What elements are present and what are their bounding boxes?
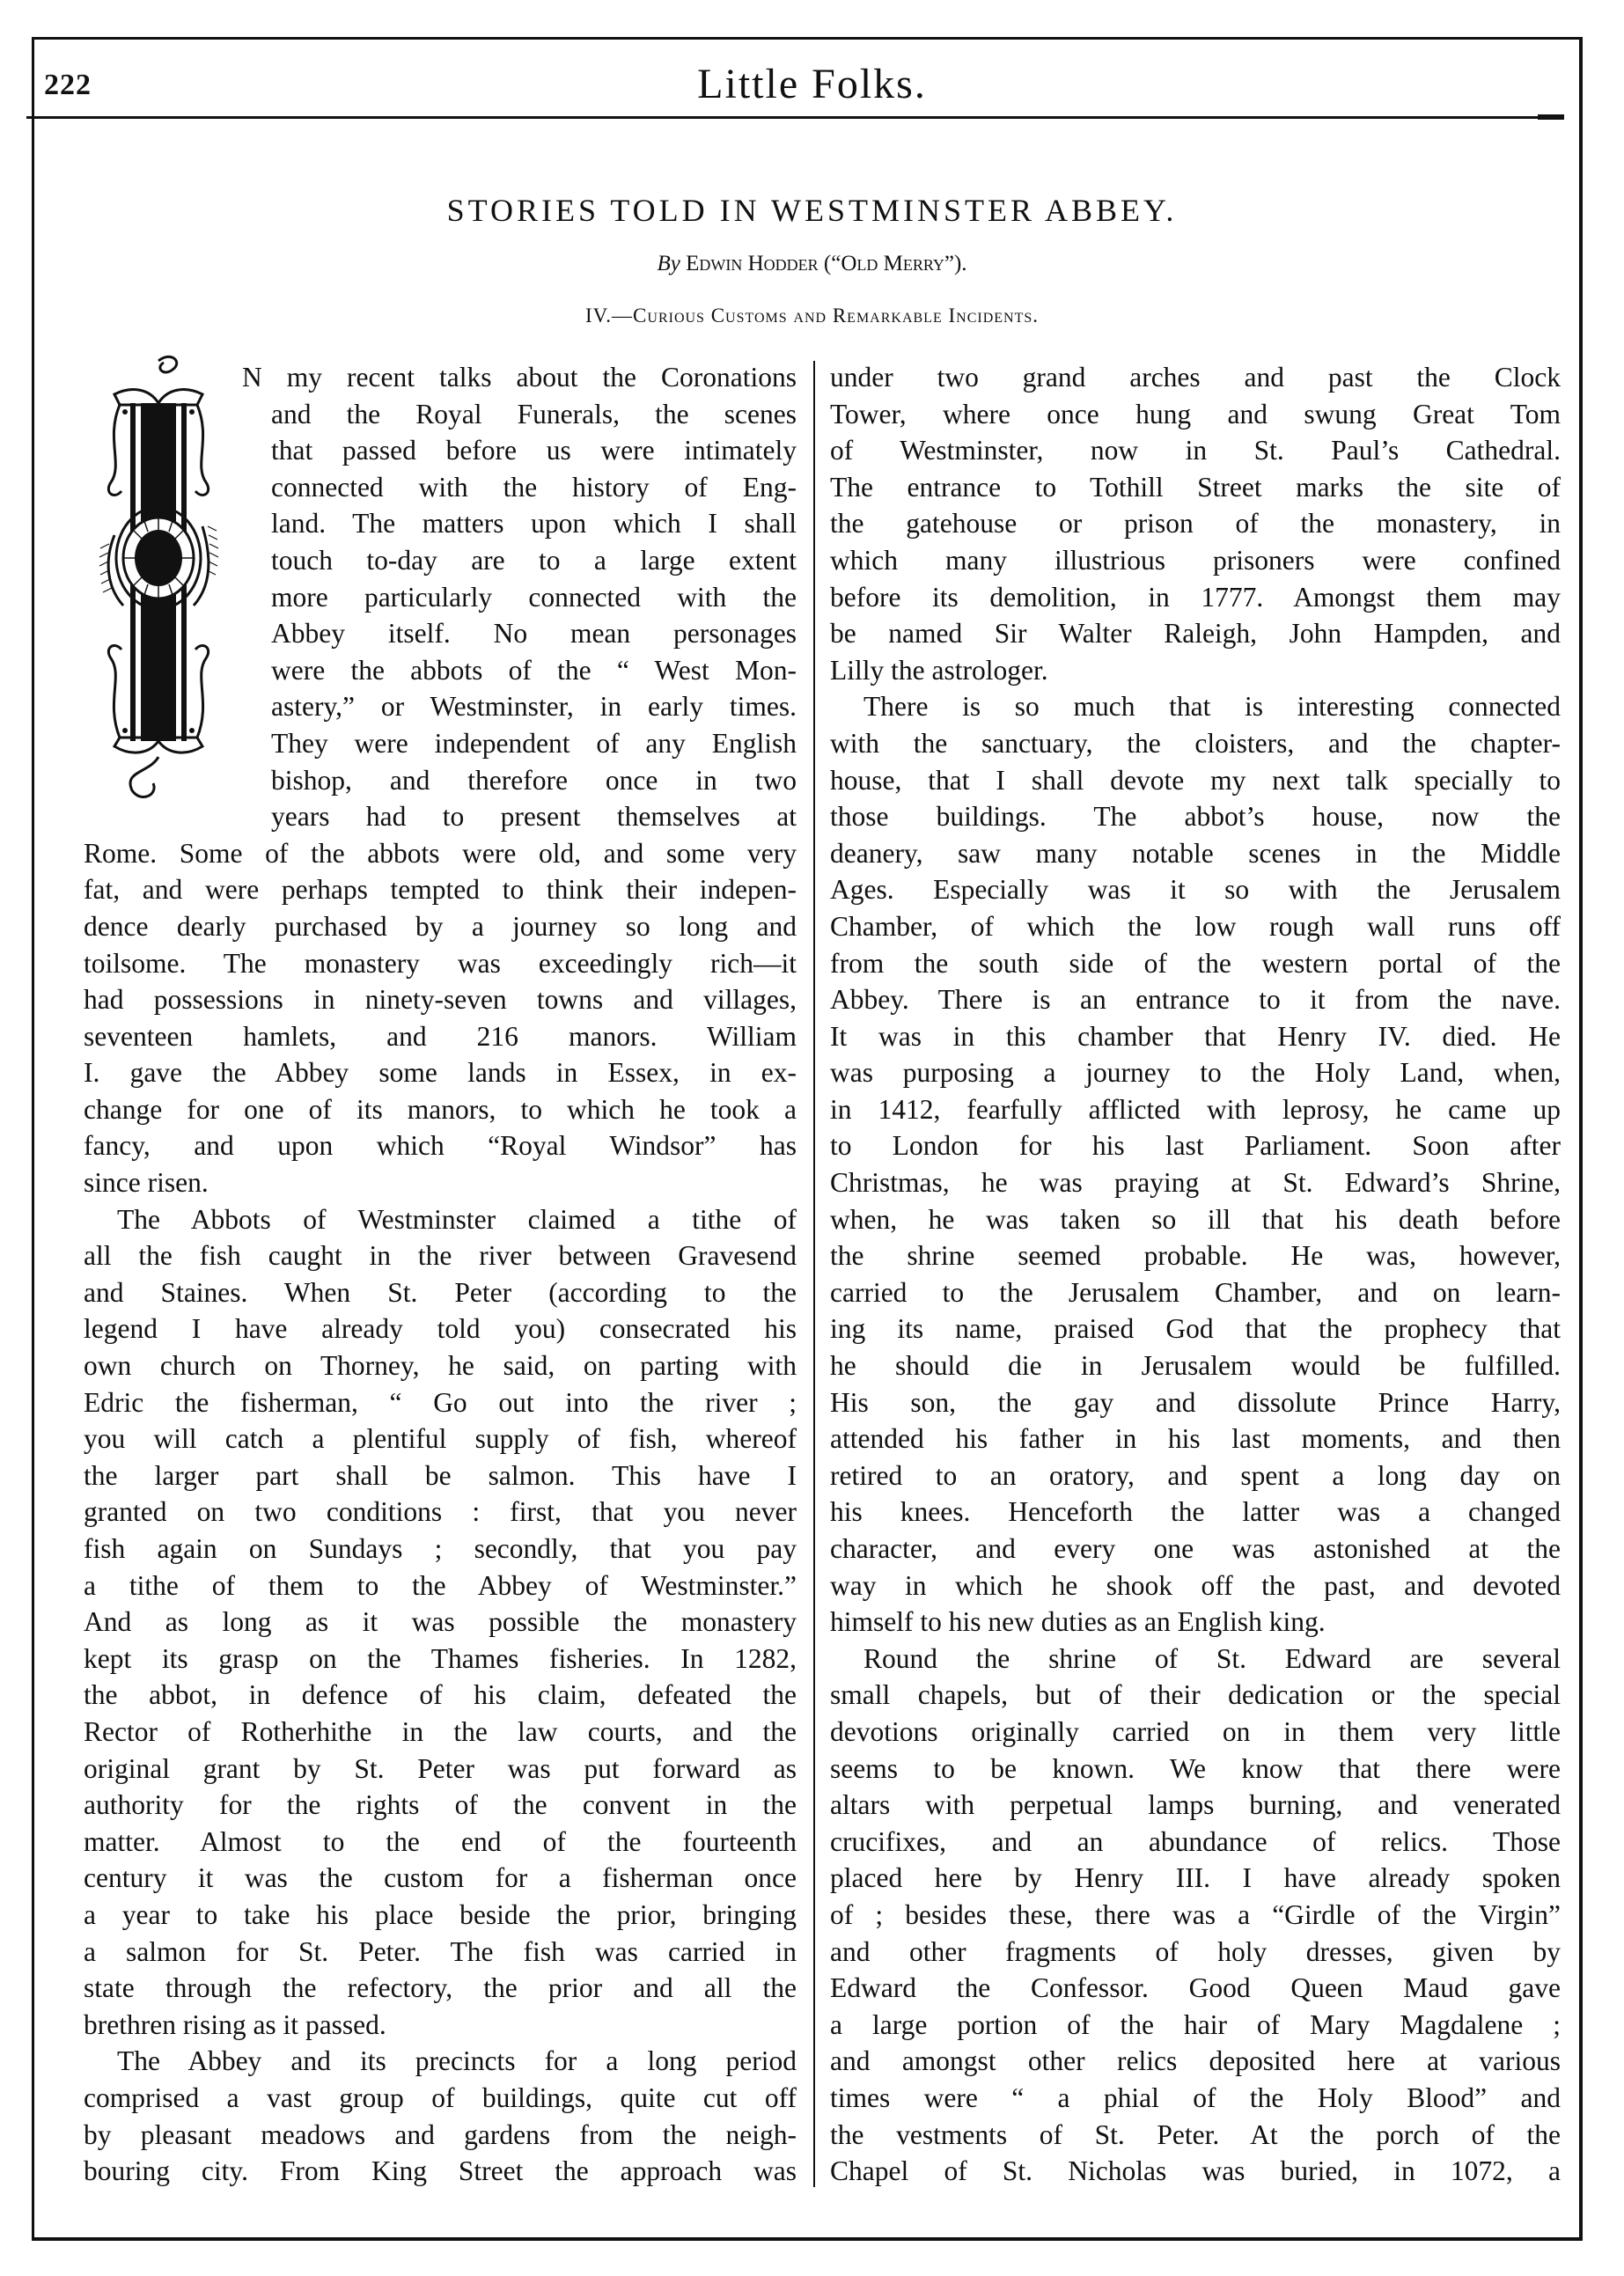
text-line: his knees. Henceforth the latter was a c… xyxy=(830,1494,1561,1531)
text-line: with the sanctuary, the cloisters, and t… xyxy=(830,725,1561,762)
text-line: and amongst other relics deposited here … xyxy=(830,2043,1561,2080)
text-line: you will catch a plentiful supply of fis… xyxy=(84,1421,797,1457)
text-line: There is so much that is interesting con… xyxy=(830,688,1561,725)
text-line: all the fish caught in the river between… xyxy=(84,1237,797,1274)
text-line: N my recent talks about the Coronations xyxy=(242,359,797,396)
text-line: himself to his new duties as an English … xyxy=(830,1604,1561,1641)
text-line: land. The matters upon which I shall xyxy=(271,505,797,542)
left-column: N my recent talks about the Coronationsa… xyxy=(84,359,797,2190)
text-line: a salmon for St. Peter. The fish was car… xyxy=(84,1934,797,1971)
text-line: astery,” or Westminster, in early times. xyxy=(271,688,797,725)
text-line: which many illustrious prisoners were co… xyxy=(830,542,1561,579)
text-line: Edric the fisherman, “ Go out into the r… xyxy=(84,1384,797,1421)
text-line: dence dearly purchased by a journey so l… xyxy=(84,908,797,945)
text-line: connected with the history of Eng- xyxy=(271,469,797,506)
text-line: by pleasant meadows and gardens from the… xyxy=(84,2117,797,2154)
text-line: His son, the gay and dissolute Prince Ha… xyxy=(830,1384,1561,1421)
text-line: devotions originally carried on in them … xyxy=(830,1714,1561,1751)
text-line: Abbey. There is an entrance to it from t… xyxy=(830,981,1561,1018)
text-line: were the abbots of the “ West Mon- xyxy=(271,652,797,689)
text-line: seventeen hamlets, and 216 manors. Willi… xyxy=(84,1018,797,1055)
text-line: Abbey itself. No mean personages xyxy=(271,615,797,652)
text-line: fancy, and upon which “Royal Windsor” ha… xyxy=(84,1127,797,1164)
text-line: Christmas, he was praying at St. Edward’… xyxy=(830,1164,1561,1201)
byline: By Edwin Hodder (“Old Merry”). xyxy=(0,252,1624,276)
text-line: to London for his last Parliament. Soon … xyxy=(830,1127,1561,1164)
text-line: the vestments of St. Peter. At the porch… xyxy=(830,2117,1561,2154)
running-title: Little Folks. xyxy=(0,60,1624,108)
text-line: placed here by Henry III. I have already… xyxy=(830,1860,1561,1897)
section-title: IV.—Curious Customs and Remarkable Incid… xyxy=(0,305,1624,327)
text-line: the gatehouse or prison of the monastery… xyxy=(830,505,1561,542)
text-line: comprised a vast group of buildings, qui… xyxy=(84,2080,797,2117)
text-line: the larger part shall be salmon. This ha… xyxy=(84,1457,797,1494)
text-line: seems to be known. We know that there we… xyxy=(830,1751,1561,1788)
text-line: century it was the custom for a fisherma… xyxy=(84,1860,797,1897)
text-line: granted on two conditions : first, that … xyxy=(84,1494,797,1531)
text-line: had possessions in ninety-seven towns an… xyxy=(84,981,797,1018)
text-line: those buildings. The abbot’s house, now … xyxy=(830,798,1561,835)
text-line: They were independent of any English xyxy=(271,725,797,762)
text-line: and the Royal Funerals, the scenes xyxy=(271,396,797,433)
text-line: the abbot, in defence of his claim, defe… xyxy=(84,1677,797,1714)
text-line: and other fragments of holy dresses, giv… xyxy=(830,1934,1561,1971)
text-line: altars with perpetual lamps burning, and… xyxy=(830,1787,1561,1824)
text-line: way in which he shook off the past, and … xyxy=(830,1568,1561,1604)
text-line: house, that I shall devote my next talk … xyxy=(830,762,1561,799)
text-line: character, and every one was astonished … xyxy=(830,1531,1561,1568)
text-line: own church on Thorney, he said, on parti… xyxy=(84,1347,797,1384)
right-column: under two grand arches and past the Cloc… xyxy=(830,359,1561,2190)
text-line: crucifixes, and an abundance of relics. … xyxy=(830,1824,1561,1861)
text-line: It was in this chamber that Henry IV. di… xyxy=(830,1018,1561,1055)
text-line: when, he was taken so ill that his death… xyxy=(830,1201,1561,1238)
article-title: STORIES TOLD IN WESTMINSTER ABBEY. xyxy=(0,192,1624,229)
text-line: small chapels, but of their dedication o… xyxy=(830,1677,1561,1714)
text-line: the shrine seemed probable. He was, howe… xyxy=(830,1237,1561,1274)
text-line: bouring city. From King Street the appro… xyxy=(84,2153,797,2190)
text-line: times were “ a phial of the Holy Blood” … xyxy=(830,2080,1561,2117)
byline-author: Edwin Hodder (“Old Merry”). xyxy=(686,252,966,275)
text-line: before its demolition, in 1777. Amongst … xyxy=(830,579,1561,616)
text-line: The Abbey and its precincts for a long p… xyxy=(84,2043,797,2080)
text-line: original grant by St. Peter was put forw… xyxy=(84,1751,797,1788)
text-line: Chapel of St. Nicholas was buried, in 10… xyxy=(830,2153,1561,2190)
text-line: was purposing a journey to the Holy Land… xyxy=(830,1054,1561,1091)
text-line: under two grand arches and past the Cloc… xyxy=(830,359,1561,396)
text-line: kept its grasp on the Thames fisheries. … xyxy=(84,1641,797,1678)
text-line: in 1412, fearfully afflicted with lepros… xyxy=(830,1091,1561,1128)
text-line: Lilly the astrologer. xyxy=(830,652,1561,689)
text-line: of ; besides these, there was a “Girdle … xyxy=(830,1897,1561,1934)
text-line: a year to take his place beside the prio… xyxy=(84,1897,797,1934)
text-line: that passed before us were intimately xyxy=(271,432,797,469)
text-line: change for one of its manors, to which h… xyxy=(84,1091,797,1128)
text-line: Rome. Some of the abbots were old, and s… xyxy=(84,835,797,872)
text-line: Edward the Confessor. Good Queen Maud ga… xyxy=(830,1970,1561,2007)
text-line: Rector of Rotherhithe in the law courts,… xyxy=(84,1714,797,1751)
text-line: Chamber, of which the low rough wall run… xyxy=(830,908,1561,945)
text-line: Ages. Especially was it so with the Jeru… xyxy=(830,871,1561,908)
byline-by: By xyxy=(657,252,680,275)
text-line: more particularly connected with the xyxy=(271,579,797,616)
text-line: retired to an oratory, and spent a long … xyxy=(830,1457,1561,1494)
text-line: ing its name, praised God that the proph… xyxy=(830,1311,1561,1347)
text-line: touch to-day are to a large extent xyxy=(271,542,797,579)
text-line: state through the refectory, the prior a… xyxy=(84,1970,797,2007)
text-line: And as long as it was possible the monas… xyxy=(84,1604,797,1641)
text-line: of Westminster, now in St. Paul’s Cathed… xyxy=(830,432,1561,469)
text-line: from the south side of the western porta… xyxy=(830,945,1561,982)
text-line: since risen. xyxy=(84,1164,797,1201)
text-line: and Staines. When St. Peter (according t… xyxy=(84,1274,797,1311)
text-line: Tower, where once hung and swung Great T… xyxy=(830,396,1561,433)
text-line: The Abbots of Westminster claimed a tith… xyxy=(84,1201,797,1238)
text-line: years had to present themselves at xyxy=(271,798,797,835)
text-line: Round the shrine of St. Edward are sever… xyxy=(830,1641,1561,1678)
text-line: I. gave the Abbey some lands in Essex, i… xyxy=(84,1054,797,1091)
text-line: The entrance to Tothill Street marks the… xyxy=(830,469,1561,506)
text-line: toilsome. The monastery was exceedingly … xyxy=(84,945,797,982)
text-line: a large portion of the hair of Mary Magd… xyxy=(830,2007,1561,2044)
text-line: fat, and were perhaps tempted to think t… xyxy=(84,871,797,908)
text-line: attended his father in his last moments,… xyxy=(830,1421,1561,1457)
text-line: legend I have already told you) consecra… xyxy=(84,1311,797,1347)
text-line: carried to the Jerusalem Chamber, and on… xyxy=(830,1274,1561,1311)
text-line: a tithe of them to the Abbey of Westmins… xyxy=(84,1568,797,1604)
text-line: fish again on Sundays ; secondly, that y… xyxy=(84,1531,797,1568)
text-line: deanery, saw many notable scenes in the … xyxy=(830,835,1561,872)
header-rule xyxy=(26,116,1564,119)
text-line: matter. Almost to the end of the fourtee… xyxy=(84,1824,797,1861)
text-line: be named Sir Walter Raleigh, John Hampde… xyxy=(830,615,1561,652)
text-line: bishop, and therefore once in two xyxy=(271,762,797,799)
text-line: brethren rising as it passed. xyxy=(84,2007,797,2044)
column-divider xyxy=(813,361,815,2187)
text-line: he should die in Jerusalem would be fulf… xyxy=(830,1347,1561,1384)
text-line: authority for the rights of the convent … xyxy=(84,1787,797,1824)
